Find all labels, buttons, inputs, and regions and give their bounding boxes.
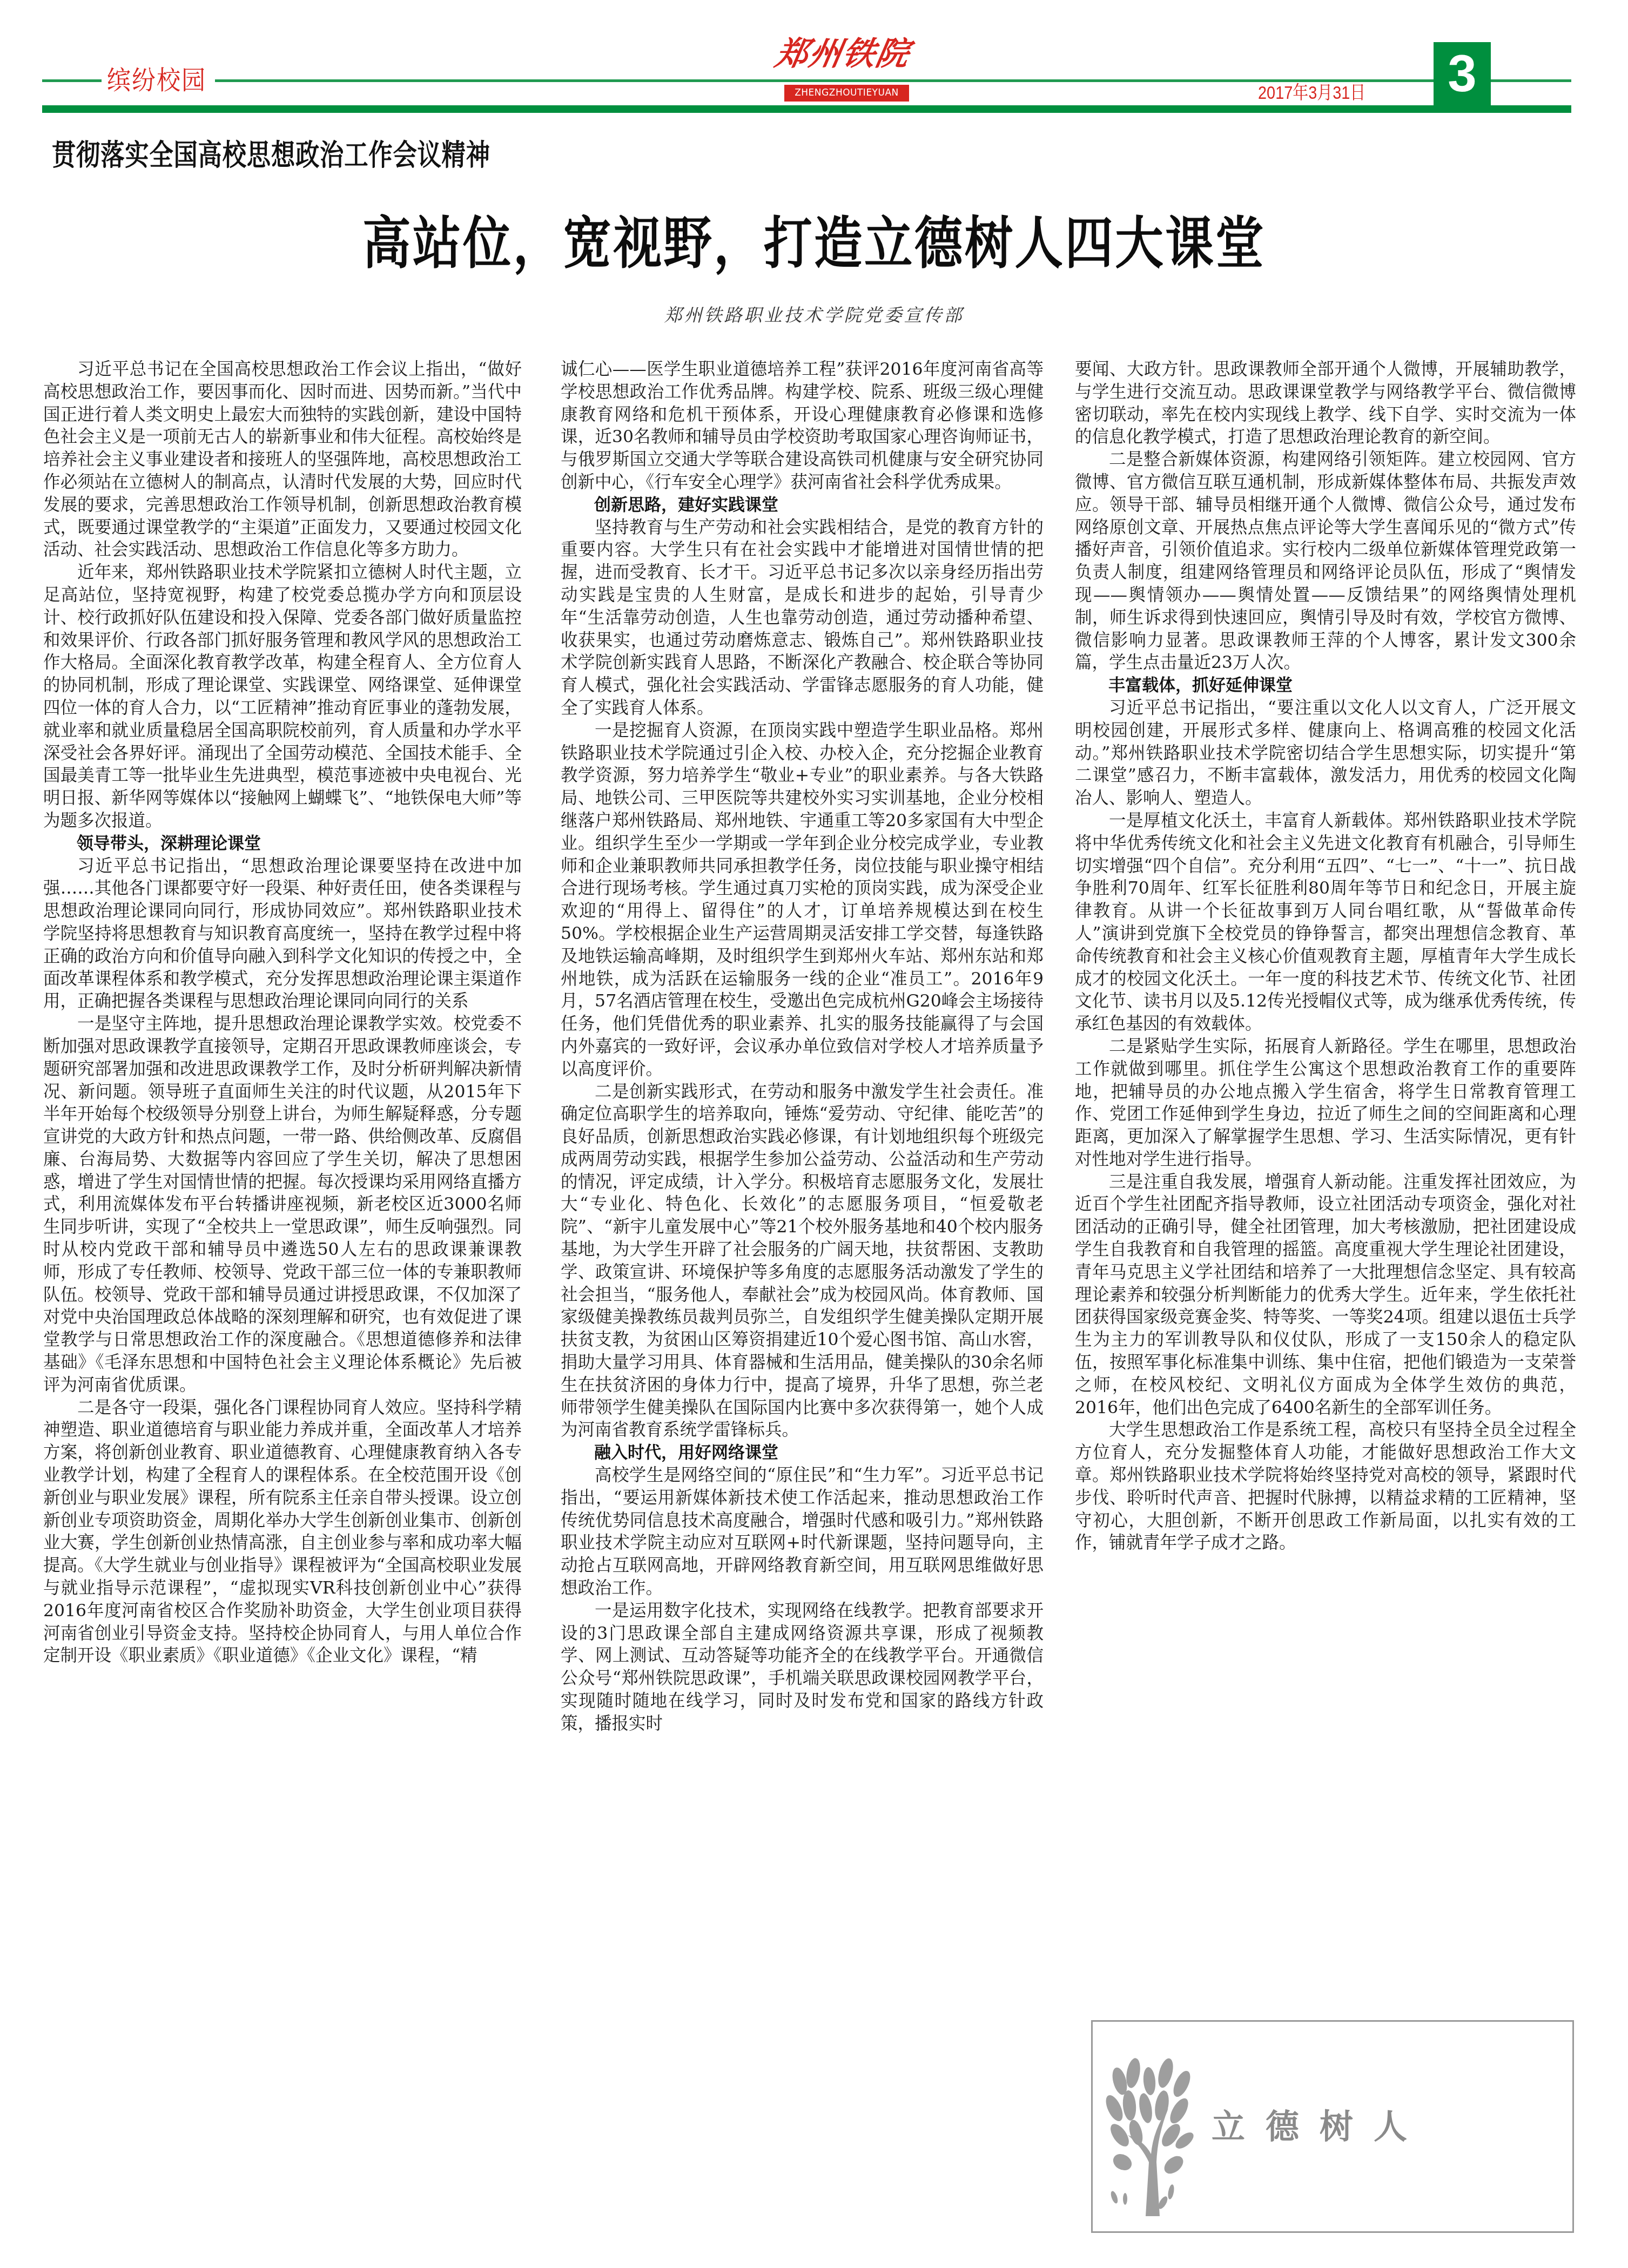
masthead-logo: 郑州铁院: [769, 33, 916, 75]
section-heading: 融入时代，用好网络课堂: [561, 1442, 1044, 1464]
section-heading: 创新思路，建好实践课堂: [561, 494, 1044, 517]
motto-graphic-box: 立德树人: [1091, 2020, 1574, 2233]
masthead-pinyin: ZHENGZHOUTIEYUAN: [784, 85, 909, 102]
article-paragraph: 二是整合新媒体资源，构建网络引领矩阵。建立校园网、官方微博、官方微信互联互通机制…: [1075, 449, 1576, 674]
article-paragraph: 习近平总书记在全国高校思想政治工作会议上指出，“做好高校思想政治工作，要因事而化…: [43, 359, 522, 562]
article-column-3: 要闻、大政方针。思政课教师全部开通个人微博，开展辅助教学，与学生进行交流互动。思…: [1075, 359, 1576, 1555]
article-column-2: 诚仁心——医学生职业道德培养工程”获评2016年度河南省高等学校思想政治工作优秀…: [561, 359, 1044, 1736]
section-name: 缤纷校园: [107, 64, 206, 97]
article-paragraph: 大学生思想政治工作是系统工程，高校只有坚持全员全过程全方位育人，充分发掘整体育人…: [1075, 1419, 1576, 1555]
article-paragraph: 坚持教育与生产劳动和社会实践相结合，是党的教育方针的重要内容。大学生只有在社会实…: [561, 517, 1044, 720]
motto-caption: 立德树人: [1212, 2103, 1428, 2151]
issue-date: 2017年3月31日: [1258, 82, 1365, 104]
section-heading: 领导带头，深耕理论课堂: [43, 833, 522, 855]
header-bar: [42, 105, 1571, 113]
page-number: 3: [1434, 42, 1491, 113]
article-paragraph: 一是厚植文化沃土，丰富育人新载体。郑州铁路职业技术学院将中华优秀传统文化和社会主…: [1075, 810, 1576, 1036]
header-rule-left: [42, 79, 102, 82]
article-paragraph: 二是各守一段渠，强化各门课程协同育人效应。坚持科学精神塑造、职业道德培育与职业能…: [43, 1397, 522, 1668]
header-rule-middle: [215, 79, 1434, 82]
article-paragraph: 一是运用数字化技术，实现网络在线教学。把教育部要求开设的3门思政课全部自主建成网…: [561, 1600, 1044, 1736]
article-paragraph: 一是挖掘育人资源，在顶岗实践中塑造学生职业品格。郑州铁路职业技术学院通过引企入校…: [561, 720, 1044, 1081]
main-headline-text: 高站位，宽视野，打造立德树人四大课堂: [362, 212, 1266, 275]
section-heading: 丰富载体，抓好延伸课堂: [1075, 674, 1576, 697]
byline: 郑州铁路职业技术学院党委宣传部: [0, 303, 1628, 327]
article-paragraph: 二是创新实践形式，在劳动和服务中激发学生社会责任。准确定位高职学生的培养取向，锤…: [561, 1081, 1044, 1442]
article-paragraph: 习近平总书记指出，“思想政治理论课要坚持在改进中加强……其他各门课都要守好一段渠…: [43, 855, 522, 1014]
header-rule-right: [1491, 79, 1571, 82]
main-headline: 高站位，宽视野，打造立德树人四大课堂: [0, 212, 1628, 275]
article-paragraph: 近年来，郑州铁路职业技术学院紧扣立德树人时代主题，立足高站位，坚持宽视野，构建了…: [43, 562, 522, 833]
article-column-1: 习近平总书记在全国高校思想政治工作会议上指出，“做好高校思想政治工作，要因事而化…: [43, 359, 522, 1668]
article-paragraph: 二是紧贴学生实际，拓展育人新路径。学生在哪里，思想政治工作就做到哪里。抓住学生公…: [1075, 1036, 1576, 1171]
article-paragraph: 一是坚守主阵地，提升思想政治理论课教学实效。校党委不断加强对思政课教学直接领导，…: [43, 1013, 522, 1397]
tree-icon: [1104, 2054, 1201, 2216]
article-paragraph: 三是注重自我发展，增强育人新动能。注重发挥社团效应，为近百个学生社团配齐指导教师…: [1075, 1171, 1576, 1420]
article-paragraph: 要闻、大政方针。思政课教师全部开通个人微博，开展辅助教学，与学生进行交流互动。思…: [1075, 359, 1576, 449]
article-paragraph: 高校学生是网络空间的“原住民”和“生力军”。习近平总书记指出，“要运用新媒体新技…: [561, 1464, 1044, 1600]
article-paragraph: 诚仁心——医学生职业道德培养工程”获评2016年度河南省高等学校思想政治工作优秀…: [561, 359, 1044, 494]
kicker-headline: 贯彻落实全国高校思想政治工作会议精神: [52, 138, 490, 173]
article-paragraph: 习近平总书记指出，“要注重以文化人以文育人，广泛开展文明校园创建，开展形式多样、…: [1075, 697, 1576, 810]
